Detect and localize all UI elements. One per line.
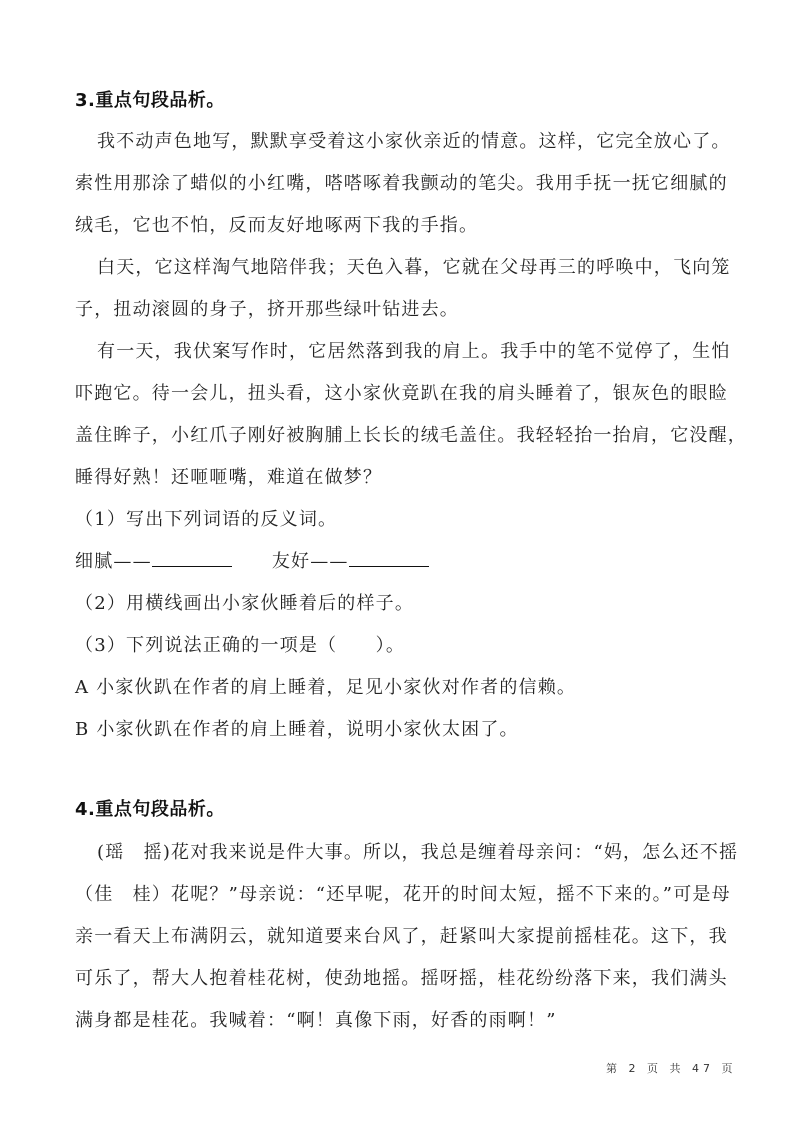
paragraph-line: 绒毛，它也不怕，反而友好地啄两下我的手指。 [75, 211, 478, 237]
option-a: A 小家伙趴在作者的肩上睡着，足见小家伙对作者的信赖。 [75, 673, 576, 699]
answer-blank-2[interactable] [349, 552, 429, 567]
antonym-word-2: 友好—— [272, 551, 349, 572]
antonym-row: 细腻——友好—— [75, 547, 429, 573]
option-b: B 小家伙趴在作者的肩上睡着，说明小家伙太困了。 [75, 715, 519, 741]
paragraph-line: 可乐了，帮大人抱着桂花树，使劲地摇。摇呀摇，桂花纷纷落下来，我们满头 [75, 964, 728, 990]
section-4-title: 4.重点句段品析。 [75, 795, 225, 821]
paragraph-line: 索性用那涂了蜡似的小红嘴，嗒嗒啄着我颤动的笔尖。我用手抚一抚它细腻的 [75, 169, 728, 195]
paragraph-line: 亲一看天上布满阴云，就知道要来台风了，赶紧叫大家提前摇桂花。这下，我 [75, 922, 728, 948]
question-1: （1）写出下列词语的反义词。 [75, 505, 337, 531]
answer-blank-1[interactable] [152, 552, 232, 567]
paragraph-line: 盖住眸子，小红爪子刚好被胸脯上长长的绒毛盖住。我轻轻抬一抬肩，它没醒， [75, 421, 747, 447]
paragraph-line: 我不动声色地写，默默享受着这小家伙亲近的情意。这样，它完全放心了。 [97, 127, 731, 153]
document-page: 3.重点句段品析。 我不动声色地写，默默享受着这小家伙亲近的情意。这样，它完全放… [0, 0, 793, 1122]
paragraph-line: 有一天，我伏案写作时，它居然落到我的肩上。我手中的笔不觉停了，生怕 [97, 337, 731, 363]
paragraph-line: 子，扭动滚圆的身子，挤开那些绿叶钻进去。 [75, 295, 459, 321]
paragraph-line: 白天，它这样淘气地陪伴我；天色入暮，它就在父母再三的呼唤中，飞向笼 [97, 253, 731, 279]
paragraph-line: 睡得好熟！还咂咂嘴，难道在做梦？ [75, 463, 382, 489]
paragraph-line: （佳 桂）花呢？”母亲说：“还早呢，花开的时间太短，摇不下来的。”可是母 [75, 880, 731, 906]
question-3: （3）下列说法正确的一项是（ ）。 [75, 631, 405, 657]
question-2: （2）用横线画出小家伙睡着后的样子。 [75, 589, 414, 615]
page-number: 第 2 页 共 47 页 [606, 1060, 736, 1076]
paragraph-line: 满身都是桂花。我喊着：“啊！真像下雨，好香的雨啊！” [75, 1006, 557, 1032]
section-3-title: 3.重点句段品析。 [75, 86, 225, 112]
paragraph-line: (瑶 摇)花对我来说是件大事。所以，我总是缠着母亲问：“妈，怎么还不摇 [97, 838, 738, 864]
antonym-word-1: 细腻—— [75, 551, 152, 572]
paragraph-line: 吓跑它。待一会儿，扭头看，这小家伙竟趴在我的肩头睡着了，银灰色的眼睑 [75, 379, 728, 405]
